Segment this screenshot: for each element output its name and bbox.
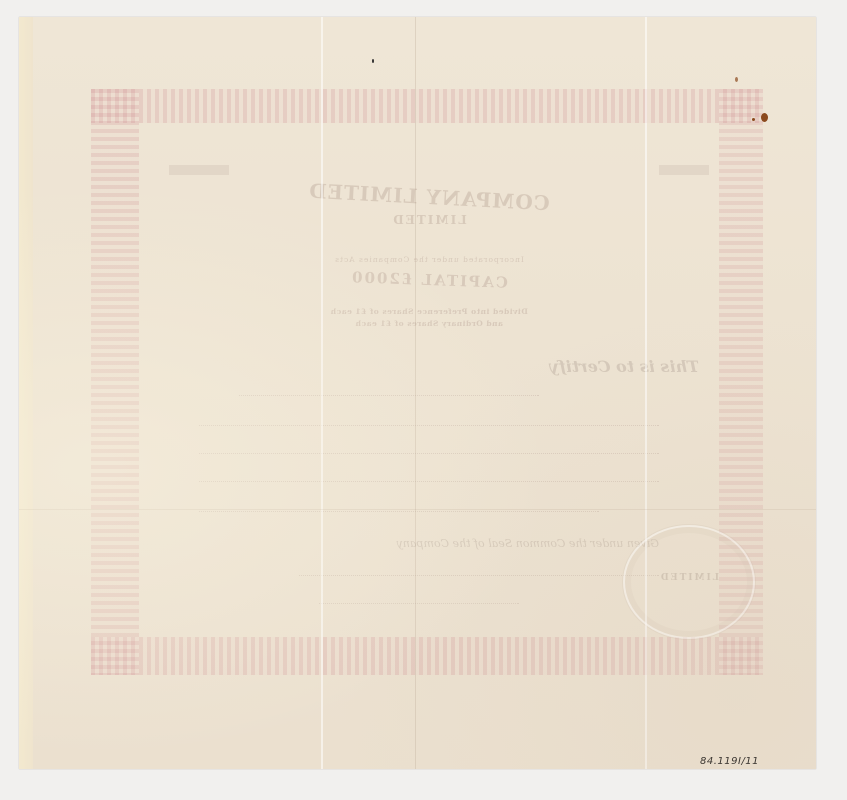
- foxing-stain: [761, 113, 768, 122]
- limited-bleedthrough: LIMITED: [279, 213, 579, 227]
- border-top-bleedthrough: [91, 89, 763, 123]
- certify-line-bleedthrough: This is to Certify: [239, 357, 699, 376]
- fold-crease: [645, 17, 647, 769]
- handwritten-line-3: [199, 443, 659, 454]
- fold-crease: [321, 17, 323, 769]
- certificate-sheet: COMPANY LIMITED LIMITED Incorporated und…: [19, 17, 816, 769]
- fold-crease: [415, 17, 416, 769]
- incorporation-line-bleedthrough: Incorporated under the Companies Acts: [219, 255, 639, 264]
- handwritten-line-4: [199, 471, 659, 482]
- handwritten-line-2: [199, 415, 659, 426]
- border-bottom-bleedthrough: [91, 637, 763, 675]
- handwritten-line-1: [239, 385, 539, 396]
- fold-crease: [19, 509, 816, 510]
- shares-number-box-bleedthrough: [659, 165, 709, 175]
- sealed-line-bleedthrough: Given under the Common Seal of the Compa…: [299, 537, 659, 550]
- divided-line-2-bleedthrough: and Ordinary Shares of £1 each: [249, 319, 609, 328]
- signature-line-bleedthrough: [319, 593, 519, 604]
- handwritten-line-5: [199, 501, 599, 512]
- divided-line-1-bleedthrough: Divided into Preference Shares of £1 eac…: [159, 307, 699, 316]
- date-line-bleedthrough: [299, 565, 659, 576]
- border-left-bleedthrough: [91, 89, 139, 675]
- foxing-stain: [735, 77, 738, 82]
- embossed-company-seal: LIMITED: [623, 525, 755, 639]
- paper-edge-strip: [19, 17, 33, 769]
- accession-number: 84.119I/11: [700, 756, 759, 767]
- foxing-stain: [372, 59, 374, 63]
- foxing-stain: [752, 118, 755, 121]
- capital-bleedthrough: CAPITAL £2000: [279, 266, 579, 294]
